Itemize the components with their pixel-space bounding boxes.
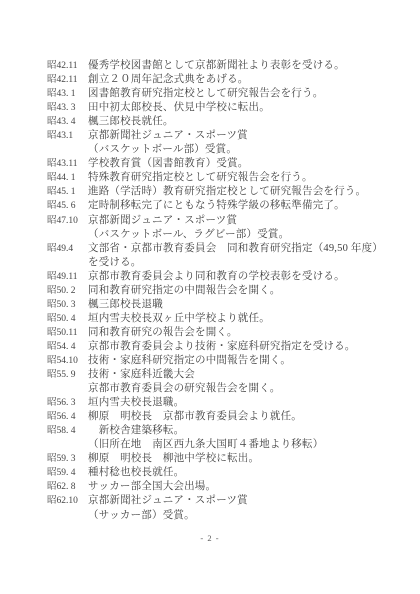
timeline-row: （バスケットボール部）受賞。 — [47, 143, 387, 157]
timeline-row: 昭50. 3楓三郎校長退職 — [47, 298, 387, 312]
timeline-row: 昭59. 4種村稔也校長就任。 — [47, 466, 387, 480]
timeline-row: 昭56. 4柳原 明校長 京都市教育委員会より就任。 — [47, 410, 387, 424]
entry-date: 昭50. 2 — [47, 284, 88, 298]
entry-text: 優秀学校図書館として京都新聞社より表彰を受ける。 — [88, 60, 345, 71]
entry-date: 昭43.11 — [47, 157, 88, 171]
entry-text: 学校教育賞（図書館教育）受賞。 — [88, 158, 249, 169]
entry-date: 昭43.1 — [47, 129, 88, 143]
entry-date: 昭59. 3 — [47, 452, 88, 466]
timeline-row: 昭50. 2同和教育研究指定の中間報告会を開く。 — [47, 284, 387, 298]
entry-date: 昭50.11 — [47, 326, 88, 340]
entry-text: 京都市教育委員会の研究報告会を開く。 — [88, 383, 280, 394]
entry-date: 昭42.11 — [47, 73, 88, 87]
entry-text: 種村稔也校長就任。 — [88, 467, 184, 478]
entry-text: （サッカー部）受賞。 — [88, 510, 195, 521]
entry-text: 柳原 明校長 京都市教育委員会より就任。 — [88, 411, 302, 422]
page-number: - 2 - — [0, 533, 420, 543]
timeline-row: 昭49.11京都市教育委員会より同和教育の学校表彰を受ける。 — [47, 270, 387, 284]
timeline-row: を受ける。 — [47, 256, 387, 270]
entry-text: 垣内雪夫校長退職。 — [88, 397, 184, 408]
entry-text: を受ける。 — [88, 257, 142, 268]
entry-date: 昭50. 3 — [47, 298, 88, 312]
entry-date: 昭43. 3 — [47, 101, 88, 115]
entry-text: 京都新聞ジュニア・スポーツ賞 — [88, 215, 237, 226]
timeline-row: 昭59. 3柳原 明校長 柳池中学校に転出。 — [47, 452, 387, 466]
entry-text: 京都新聞社ジュニア・スポーツ賞 — [88, 130, 248, 141]
entry-date: 昭62. 8 — [47, 480, 88, 494]
timeline-row: 昭50. 4垣内雪夫校長双ヶ丘中学校より就任。 — [47, 312, 387, 326]
entry-date: 昭42.11 — [47, 59, 88, 73]
entry-text: 特殊教育研究指定校として研究報告会を行う。 — [88, 172, 313, 183]
entry-text: サッカー部全国大会出場。 — [88, 481, 216, 492]
timeline-row: 昭47.10京都新聞ジュニア・スポーツ賞 — [47, 214, 387, 228]
entry-date: 昭45. 6 — [47, 199, 88, 213]
timeline-row: 昭50.11同和教育研究の報告会を開く。 — [47, 326, 387, 340]
entry-date: 昭44. 1 — [47, 171, 88, 185]
entry-date: 昭58. 4 — [47, 424, 88, 438]
timeline-row: 昭42.11優秀学校図書館として京都新聞社より表彰を受ける。 — [47, 59, 387, 73]
timeline-row: （バスケットボール、ラグビー部）受賞。 — [47, 228, 387, 242]
entry-text: 図書館教育研究指定校として研究報告会を行う。 — [88, 88, 323, 99]
timeline-row: 昭43. 1図書館教育研究指定校として研究報告会を行う。 — [47, 87, 387, 101]
entry-date: 昭43. 1 — [47, 87, 88, 101]
entry-text: 同和教育研究指定の中間報告会を開く。 — [88, 285, 280, 296]
timeline-row: 昭54.10技術・家庭科研究指定の中間報告を開く。 — [47, 354, 387, 368]
entry-text: （バスケットボール部）受賞。 — [88, 144, 237, 155]
entry-text: （バスケットボール、ラグビー部）受賞。 — [88, 229, 289, 240]
entry-date: 昭59. 4 — [47, 466, 88, 480]
entry-text: 京都市教育委員会より同和教育の学校表彰を受ける。 — [88, 271, 345, 282]
entry-text: 楓三郎校長退職 — [88, 299, 163, 310]
timeline-row: 昭62.10京都新聞社ジュニア・スポーツ賞 — [47, 494, 387, 508]
timeline-row: 昭44. 1特殊教育研究指定校として研究報告会を行う。 — [47, 171, 387, 185]
timeline-row: 京都市教育委員会の研究報告会を開く。 — [47, 382, 387, 396]
entry-text: 技術・家庭科近畿大会 — [88, 369, 195, 380]
entry-text: 楓三郎校長就任。 — [88, 116, 174, 127]
entry-date: 昭49.11 — [47, 270, 88, 284]
entry-date: 昭55. 9 — [47, 368, 88, 382]
document-page: 昭42.11優秀学校図書館として京都新聞社より表彰を受ける。昭42.11創立２０… — [0, 0, 420, 594]
entry-text: （旧所在地 南区西九条大国町４番地より移転） — [88, 439, 323, 450]
timeline-row: （旧所在地 南区西九条大国町４番地より移転） — [47, 438, 387, 452]
entry-date: 昭47.10 — [47, 214, 88, 228]
entry-date: 昭45. 1 — [47, 185, 88, 199]
entry-date: 昭56. 4 — [47, 410, 88, 424]
entry-date: 昭54. 4 — [47, 340, 88, 354]
timeline-row: 昭43.1京都新聞社ジュニア・スポーツ賞 — [47, 129, 387, 143]
timeline-row: （サッカー部）受賞。 — [47, 509, 387, 523]
timeline-row: 昭62. 8サッカー部全国大会出場。 — [47, 480, 387, 494]
entry-date: 昭43. 4 — [47, 115, 88, 129]
timeline-row: 昭42.11創立２０周年記念式典をあげる。 — [47, 73, 387, 87]
timeline-row: 昭55. 9技術・家庭科近畿大会 — [47, 368, 387, 382]
entry-text: 同和教育研究の報告会を開く。 — [88, 327, 238, 338]
entry-text: 文部省・京都市教育委員会 同和教育研究指定（49,50 年度） — [88, 243, 383, 254]
timeline-row: 昭43. 4楓三郎校長就任。 — [47, 115, 387, 129]
entry-text: 創立２０周年記念式典をあげる。 — [88, 74, 249, 85]
entry-date: 昭62.10 — [47, 494, 88, 508]
entry-text: 定時制移転完了にともなう特殊学級の移転準備完了。 — [88, 200, 345, 211]
entry-text: 進路（学活時）教育研究指定校として研究報告会を行う。 — [88, 186, 366, 197]
entry-date: 昭54.10 — [47, 354, 88, 368]
timeline-row: 昭43.11学校教育賞（図書館教育）受賞。 — [47, 157, 387, 171]
entry-text: 新校舎建築移転。 — [88, 425, 184, 436]
timeline-row: 昭43. 3田中初太郎校長、伏見中学校に転出。 — [47, 101, 387, 115]
entry-text: 京都市教育委員会より技術・家庭科研究指定を受ける。 — [88, 341, 356, 352]
entry-text: 京都新聞社ジュニア・スポーツ賞 — [88, 495, 248, 506]
entry-text: 柳原 明校長 柳池中学校に転出。 — [88, 453, 259, 464]
timeline-row: 昭45. 6定時制移転完了にともなう特殊学級の移転準備完了。 — [47, 199, 387, 213]
entry-date: 昭50. 4 — [47, 312, 88, 326]
timeline-row: 昭58. 4 新校舎建築移転。 — [47, 424, 387, 438]
entry-text: 田中初太郎校長、伏見中学校に転出。 — [88, 102, 270, 113]
timeline-row: 昭56. 3垣内雪夫校長退職。 — [47, 396, 387, 410]
entry-date: 昭56. 3 — [47, 396, 88, 410]
entry-text: 垣内雪夫校長双ヶ丘中学校より就任。 — [88, 313, 270, 324]
entry-date: 昭49.4 — [47, 242, 88, 256]
entry-text: 技術・家庭科研究指定の中間報告を開く。 — [88, 355, 291, 366]
timeline-row: 昭54. 4京都市教育委員会より技術・家庭科研究指定を受ける。 — [47, 340, 387, 354]
timeline-list: 昭42.11優秀学校図書館として京都新聞社より表彰を受ける。昭42.11創立２０… — [47, 59, 387, 523]
timeline-row: 昭49.4文部省・京都市教育委員会 同和教育研究指定（49,50 年度） — [47, 242, 387, 256]
timeline-row: 昭45. 1進路（学活時）教育研究指定校として研究報告会を行う。 — [47, 185, 387, 199]
